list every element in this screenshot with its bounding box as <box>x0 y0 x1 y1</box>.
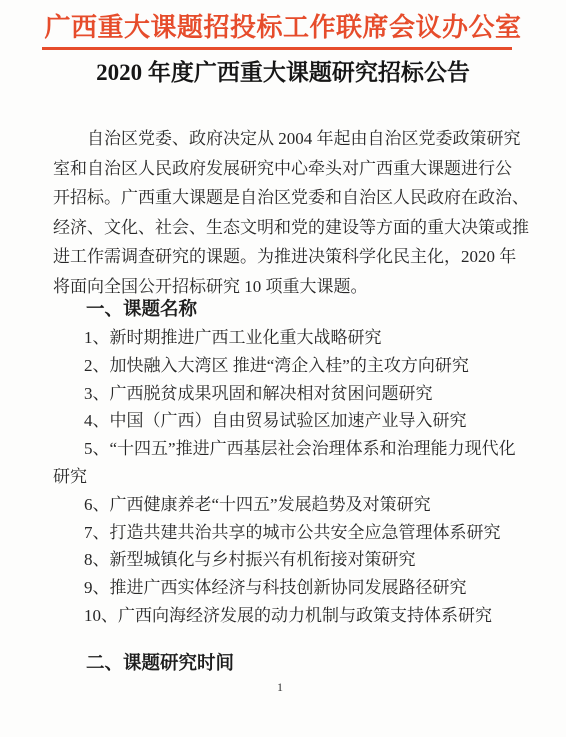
document-page: 广西重大课题招投标工作联席会议办公室 2020 年度广西重大课题研究招标公告 自… <box>0 0 566 737</box>
page-number: 1 <box>0 680 560 695</box>
intro-line: 经济、文化、社会、生态文明和党的建设等方面的重大决策或推 <box>53 213 515 243</box>
topic-list-line: 1、新时期推进广西工业化重大战略研究 <box>53 324 515 352</box>
topic-list-line: 8、新型城镇化与乡村振兴有机衔接对策研究 <box>53 546 515 574</box>
document-title: 2020 年度广西重大课题研究招标公告 <box>0 55 566 91</box>
intro-line: 进工作需调查研究的课题。为推进决策科学化民主化，2020 年 <box>53 242 515 272</box>
section-heading-topic-names: 一、课题名称 <box>53 296 515 322</box>
section-heading-research-period: 二、课题研究时间 <box>53 650 515 676</box>
topic-list-line: 3、广西脱贫成果巩固和解决相对贫困问题研究 <box>53 380 515 408</box>
topic-list-line: 9、推进广西实体经济与科技创新协同发展路径研究 <box>53 574 515 602</box>
topic-list-line: 4、中国（广西）自由贸易试验区加速产业导入研究 <box>53 407 515 435</box>
topic-list-line: 10、广西向海经济发展的动力机制与政策支持体系研究 <box>53 602 515 630</box>
topic-list-line: 5、“十四五”推进广西基层社会治理体系和治理能力现代化 <box>53 435 515 463</box>
topic-list: 1、新时期推进广西工业化重大战略研究2、加快融入大湾区 推进“湾企入桂”的主攻方… <box>53 324 515 630</box>
topic-list-line: 2、加快融入大湾区 推进“湾企入桂”的主攻方向研究 <box>53 352 515 380</box>
topic-list-line: 研究 <box>53 463 515 491</box>
topic-list-line: 7、打造共建共治共享的城市公共安全应急管理体系研究 <box>53 519 515 547</box>
header-divider-rule <box>42 47 512 50</box>
intro-line: 室和自治区人民政府发展研究中心牵头对广西重大课题进行公 <box>53 154 515 184</box>
header-office-banner: 广西重大课题招投标工作联席会议办公室 <box>0 9 566 47</box>
intro-paragraph: 自治区党委、政府决定从 2004 年起由自治区党委政策研究室和自治区人民政府发展… <box>53 124 515 302</box>
topic-list-line: 6、广西健康养老“十四五”发展趋势及对策研究 <box>53 491 515 519</box>
intro-line: 自治区党委、政府决定从 2004 年起由自治区党委政策研究 <box>53 124 515 154</box>
intro-line: 开招标。广西重大课题是自治区党委和自治区人民政府在政治、 <box>53 183 515 213</box>
